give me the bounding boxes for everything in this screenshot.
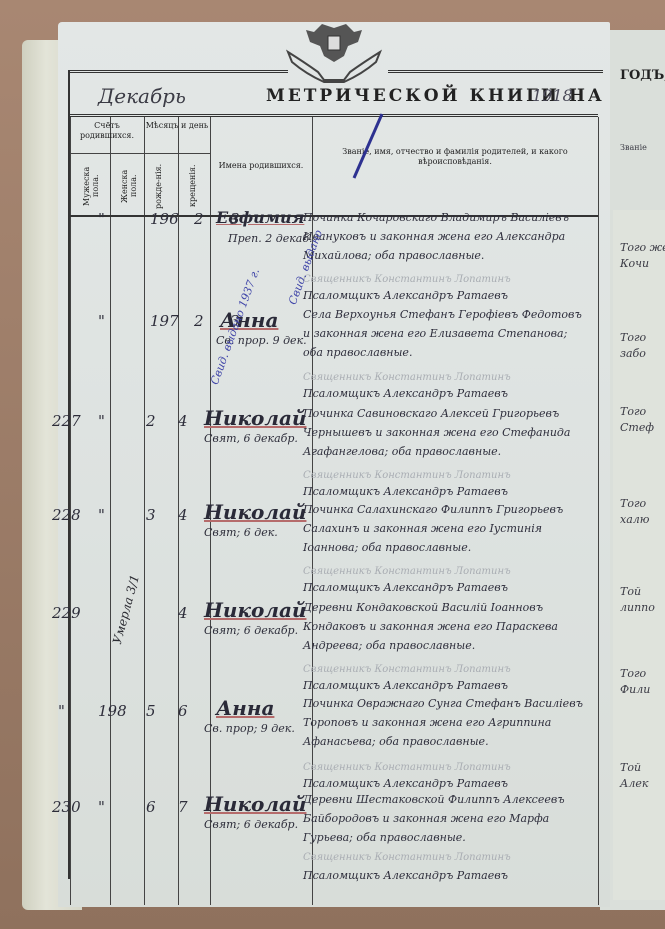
female-count: 197 bbox=[150, 312, 179, 330]
facing-line: липпо bbox=[620, 600, 655, 616]
child-name: Николай bbox=[204, 500, 306, 524]
female-count: 196 bbox=[150, 210, 179, 228]
child-name: Евфимия bbox=[216, 208, 304, 227]
facing-line: Той bbox=[620, 584, 641, 600]
child-name: Николай bbox=[204, 406, 306, 430]
parents-text: Починка Салахинскаго Филиппъ Григорьевъ … bbox=[303, 500, 583, 557]
facing-line: забо bbox=[620, 346, 646, 362]
facing-line: Фили bbox=[620, 682, 650, 698]
male-count: " bbox=[58, 702, 65, 720]
facing-line: Кочи bbox=[620, 256, 649, 272]
saint-day: Свят; 6 дек. bbox=[204, 526, 278, 539]
psalmist-signature: Псаломщикъ Александръ Ратаевъ bbox=[303, 578, 583, 597]
baptism-day: 7 bbox=[178, 798, 188, 816]
baptism-day: 4 bbox=[178, 604, 188, 622]
female-count: 198 bbox=[98, 702, 127, 720]
saint-day: Свят; 6 декабр. bbox=[204, 624, 298, 637]
baptism-day: 6 bbox=[178, 702, 188, 720]
child-name: Николай bbox=[204, 598, 306, 622]
register-page: Декабрь МЕТРИЧЕСКОЙ КНИГИ НА 1918 Счётъ … bbox=[58, 22, 610, 907]
psalmist-signature: Псаломщикъ Александръ Ратаевъ bbox=[303, 676, 583, 695]
parents-text: Починка Овражнаго Сунга Стефанъ Василіев… bbox=[303, 694, 583, 751]
parents-text: Села Верхоунья Стефанъ Герофіевъ Федотов… bbox=[303, 305, 583, 362]
header-name: Имена родившихся. bbox=[212, 161, 310, 171]
male-count: 228 bbox=[52, 506, 81, 524]
header-count: Счётъ родившихся. bbox=[70, 121, 144, 141]
birth-day: 2 bbox=[194, 210, 204, 228]
facing-page-insert bbox=[613, 210, 665, 900]
birth-day: 2 bbox=[194, 312, 204, 330]
header-birth: рожде-нія. bbox=[154, 161, 163, 211]
male-count: " bbox=[98, 312, 105, 330]
parents-text: Деревни Шестаковской Филиппъ Алексеевъ Б… bbox=[303, 790, 583, 847]
header-baptism: крещенія. bbox=[188, 161, 197, 211]
header-month-day: Мѣсяцъ и день bbox=[144, 121, 210, 131]
facing-line: Того bbox=[620, 666, 646, 682]
facing-page-title: ГОДЪ, bbox=[620, 68, 665, 84]
saint-day: Свят; 6 декабр. bbox=[204, 818, 298, 831]
birth-day: 5 bbox=[146, 702, 156, 720]
facing-line: Того bbox=[620, 404, 646, 420]
psalmist-signature: Псаломщикъ Александръ Ратаевъ bbox=[303, 866, 583, 885]
child-name: Николай bbox=[204, 792, 306, 816]
child-name: Анна bbox=[216, 696, 274, 720]
birth-day: 2 bbox=[146, 412, 156, 430]
col-line bbox=[144, 117, 145, 905]
facing-line: Того bbox=[620, 496, 646, 512]
ink-check-mark bbox=[348, 112, 388, 182]
male-count: 229 bbox=[52, 604, 81, 622]
baptism-day: 4 bbox=[178, 412, 188, 430]
saint-day: Преп. 2 декаб. bbox=[228, 232, 313, 245]
priest-signature: Священникъ Константинъ Лопатинъ bbox=[303, 848, 583, 867]
facing-line: Стеф bbox=[620, 420, 654, 436]
psalmist-signature: Псаломщикъ Александръ Ратаевъ bbox=[303, 384, 583, 403]
baptism-day: 4 bbox=[178, 506, 188, 524]
female-count: " bbox=[98, 798, 105, 816]
male-count: " bbox=[98, 210, 105, 228]
psalmist-signature: Псаломщикъ Александръ Ратаевъ bbox=[303, 286, 583, 305]
birth-day: 6 bbox=[146, 798, 156, 816]
header-subline bbox=[70, 153, 210, 154]
header-female: Женска пола. bbox=[120, 161, 138, 211]
facing-line: Того же bbox=[620, 240, 665, 256]
facing-line: Той bbox=[620, 760, 641, 776]
saint-day: Св. прор; 9 дек. bbox=[204, 722, 295, 735]
header-male: Мужеска пола. bbox=[82, 161, 100, 211]
male-count: 230 bbox=[52, 798, 81, 816]
facing-page-header: Званіе bbox=[620, 140, 647, 156]
col-line bbox=[598, 117, 599, 905]
psalmist-signature: Псаломщикъ Александръ Ратаевъ bbox=[303, 482, 583, 501]
saint-day: Свят, 6 декабр. bbox=[204, 432, 298, 445]
parents-text: Починка Кочаровскаго Владимиръ Василіевъ… bbox=[303, 208, 583, 265]
female-count: " bbox=[98, 412, 105, 430]
birth-day: 3 bbox=[146, 506, 156, 524]
parents-text: Починка Савиновскаго Алексей Григорьевъ … bbox=[303, 404, 583, 461]
facing-line: Того bbox=[620, 330, 646, 346]
facing-line: халю bbox=[620, 512, 649, 528]
male-count: 227 bbox=[52, 412, 81, 430]
col-line bbox=[110, 117, 111, 905]
facing-line: Алек bbox=[620, 776, 648, 792]
female-count: " bbox=[98, 506, 105, 524]
parents-text: Деревни Кондаковской Василій Іоанновъ Ко… bbox=[303, 598, 583, 655]
